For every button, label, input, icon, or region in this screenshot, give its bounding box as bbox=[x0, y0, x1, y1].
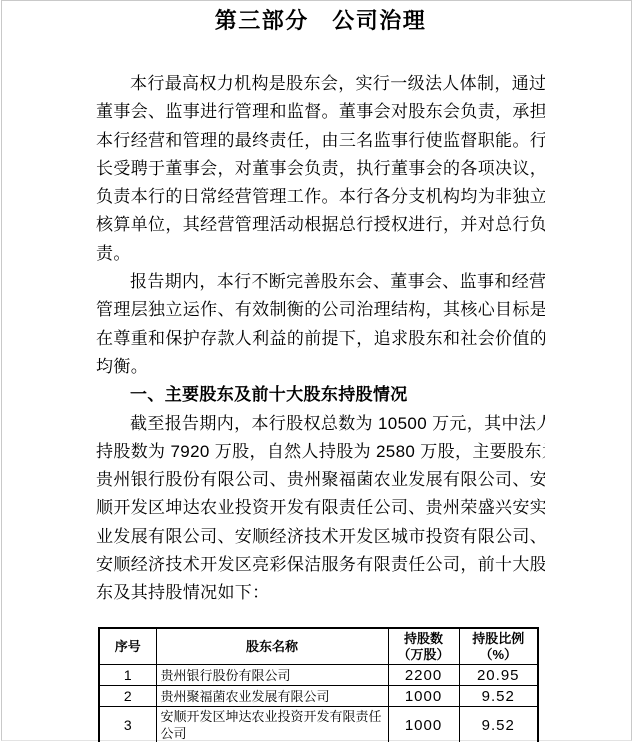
table-header-row: 序号 股东名称 持股数 （万股） 持股比例 （%） bbox=[99, 628, 538, 665]
paragraph-line: 董事会、监事进行管理和监督。董事会对股东会负责，承担 bbox=[96, 98, 545, 126]
row-index: 3 bbox=[99, 707, 156, 742]
paragraph-line: 均衡。 bbox=[96, 353, 545, 381]
paragraph-line: 顺开发区坤达农业投资开发有限责任公司、贵州荣盛兴安实 bbox=[96, 494, 545, 522]
paragraph-line: 本行最高权力机构是股东会，实行一级法人体制，通过 bbox=[96, 70, 545, 98]
shares-value: 1000 bbox=[388, 686, 459, 707]
row-index: 2 bbox=[99, 686, 156, 707]
paragraph-line: 核算单位，其经营管理活动根据总行授权进行，并对总行负 bbox=[96, 211, 545, 239]
document-body: 本行最高权力机构是股东会，实行一级法人体制，通过 董事会、监事进行管理和监督。董… bbox=[96, 70, 545, 608]
paragraph-line: 东及其持股情况如下： bbox=[96, 579, 545, 607]
col-header-shares: 持股数 （万股） bbox=[388, 628, 459, 665]
paragraph-line: 业发展有限公司、安顺经济技术开发区城市投资有限公司、 bbox=[96, 523, 545, 551]
row-index: 1 bbox=[99, 665, 156, 686]
paragraph-line: 安顺经济技术开发区亮彩保洁服务有限责任公司，前十大股 bbox=[96, 551, 545, 579]
shares-value: 2200 bbox=[388, 665, 459, 686]
paragraph-line: 贵州银行股份有限公司、贵州聚福菌农业发展有限公司、安 bbox=[96, 466, 545, 494]
shares-value: 1000 bbox=[388, 707, 459, 742]
table-row: 2 贵州聚福菌农业发展有限公司 1000 9.52 bbox=[99, 686, 538, 707]
paragraph-line: 截至报告期内，本行股权总数为 10500 万元，其中法人 bbox=[96, 410, 545, 438]
shareholder-name: 贵州银行股份有限公司 bbox=[156, 665, 388, 686]
ratio-value: 20.95 bbox=[459, 665, 538, 686]
table-row: 1 贵州银行股份有限公司 2200 20.95 bbox=[99, 665, 538, 686]
page-title: 第三部分 公司治理 bbox=[96, 4, 545, 35]
col-header-index: 序号 bbox=[99, 628, 156, 665]
ratio-value: 9.52 bbox=[459, 686, 538, 707]
col-header-shareholder-name: 股东名称 bbox=[156, 628, 388, 665]
paragraph-line: 长受聘于董事会，对董事会负责，执行董事会的各项决议， bbox=[96, 155, 545, 183]
paragraph-line: 责。 bbox=[96, 240, 545, 268]
table-row: 3 安顺开发区坤达农业投资开发有限责任公司 1000 9.52 bbox=[99, 707, 538, 742]
shareholder-name: 贵州聚福菌农业发展有限公司 bbox=[156, 686, 388, 707]
shareholder-name: 安顺开发区坤达农业投资开发有限责任公司 bbox=[156, 707, 388, 742]
paragraph-line: 管理层独立运作、有效制衡的公司治理结构，其核心目标是 bbox=[96, 296, 545, 324]
paragraph-line: 报告期内，本行不断完善股东会、董事会、监事和经营 bbox=[96, 268, 545, 296]
ratio-value: 9.52 bbox=[459, 707, 538, 742]
paragraph-line: 在尊重和保护存款人利益的前提下，追求股东和社会价值的 bbox=[96, 325, 545, 353]
document-page: { "title": "第三部分 公司治理", "body": { "p1_li… bbox=[0, 0, 636, 742]
section-heading: 一、主要股东及前十大股东持股情况 bbox=[96, 381, 545, 409]
paragraph-line: 持股数为 7920 万股，自然人持股为 2580 万股，主要股东为 bbox=[96, 438, 545, 466]
paragraph-line: 本行经营和管理的最终责任，由三名监事行使监督职能。行 bbox=[96, 127, 545, 155]
col-header-ratio: 持股比例 （%） bbox=[459, 628, 538, 665]
shareholders-table: 序号 股东名称 持股数 （万股） 持股比例 （%） 1 贵州银行股份有限公司 2… bbox=[98, 627, 539, 742]
paragraph-line: 负责本行的日常经营管理工作。本行各分支机构均为非独立 bbox=[96, 183, 545, 211]
